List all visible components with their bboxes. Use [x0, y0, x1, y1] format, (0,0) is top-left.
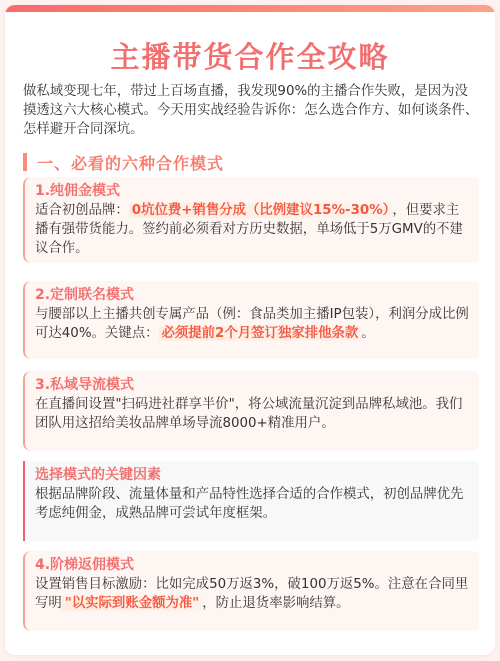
mode-card-commission: 1.纯佣金模式 适合初创品牌：0坑位费+销售分成（比例建议15%-30%），但要…: [23, 177, 479, 263]
card-body: 在直播间设置"扫码进社群享半价"，将公域流量沉淀到品牌私域池。我们团队用这招给美…: [35, 395, 471, 433]
key-factors-card: 选择模式的关键因素 根据品牌阶段、流量体量和产品特性选择合适的合作模式，初创品牌…: [23, 461, 479, 541]
card-body: 适合初创品牌：0坑位费+销售分成（比例建议15%-30%），但要求主播有强带货能…: [35, 201, 471, 258]
card-title: 2.定制联名模式: [35, 285, 471, 305]
page-title: 主播带货合作全攻略: [5, 35, 495, 76]
card-title: 选择模式的关键因素: [35, 465, 471, 485]
section-heading-text: 一、必看的六种合作模式: [37, 151, 224, 174]
card-highlight: "以实际到账金额为准": [62, 596, 202, 611]
card-title: 1.纯佣金模式: [35, 181, 471, 201]
mode-card-tiered-rebate: 4.阶梯返佣模式 设置销售目标激励：比如完成50万返3%，破100万返5%。注意…: [23, 551, 479, 631]
section-heading: 一、必看的六种合作模式: [23, 152, 224, 172]
card-title: 3.私域导流模式: [35, 375, 471, 395]
article-page: 主播带货合作全攻略 做私域变现七年，带过上百场直播，我发现90%的主播合作失败，…: [5, 5, 495, 655]
mode-card-co-brand: 2.定制联名模式 与腰部以上主播共创专属产品（例：食品类加主播IP包装），利润分…: [23, 281, 479, 359]
card-body: 根据品牌阶段、流量体量和产品特性选择合适的合作模式，初创品牌优先考虑纯佣金，成熟…: [35, 485, 471, 523]
mode-card-private-traffic: 3.私域导流模式 在直播间设置"扫码进社群享半价"，将公域流量沉淀到品牌私域池。…: [23, 371, 479, 451]
card-body: 设置销售目标激励：比如完成50万返3%，破100万返5%。注意在合同里写明"以实…: [35, 575, 471, 613]
card-title: 4.阶梯返佣模式: [35, 555, 471, 575]
card-highlight: 0坑位费+销售分成（比例建议15%-30%）: [129, 203, 393, 218]
card-body: 与腰部以上主播共创专属产品（例：食品类加主播IP包装），利润分成比例可达40%。…: [35, 305, 471, 343]
section-bar-icon: [23, 153, 27, 171]
card-highlight: 必须提前2个月签订独家排他条款: [159, 326, 362, 341]
intro-paragraph: 做私域变现七年，带过上百场直播，我发现90%的主播合作失败，是因为没摸透这六大核…: [23, 82, 479, 139]
top-accent-bar: [5, 5, 495, 12]
